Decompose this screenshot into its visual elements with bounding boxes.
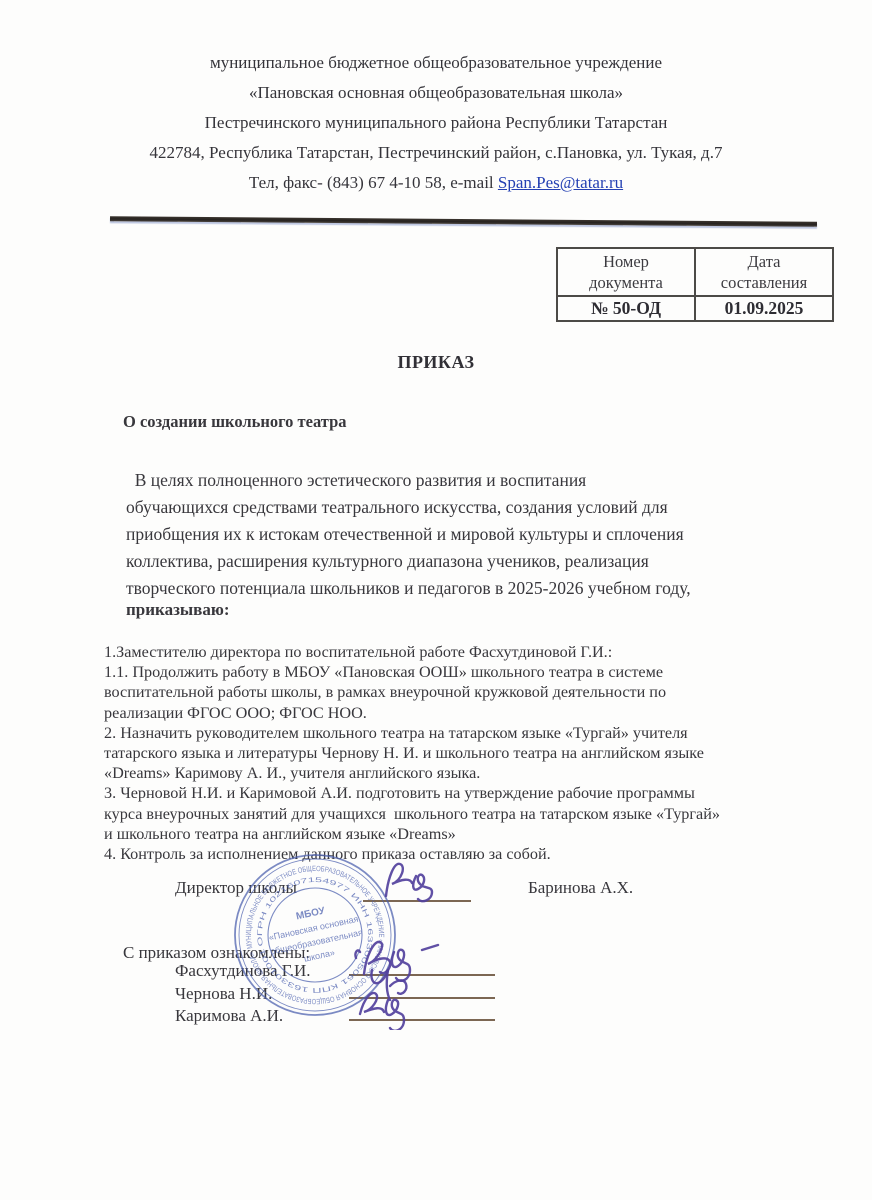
preamble-paragraph: В целях полноценного эстетического разви… [126,467,736,602]
document-page: муниципальное бюджетное общеобразователь… [0,0,872,1200]
org-contact-line: Тел, факс- (843) 67 4-10 58, e-mail Span… [0,168,872,198]
stamp-center-line-1: МБОУ [295,905,327,922]
order-verb: приказываю: [126,600,230,620]
stamp-center-line-4: школа» [303,947,336,963]
order-subject: О создании школьного театра [123,412,347,432]
org-address-line: 422784, Республика Татарстан, Пестречинс… [0,138,872,168]
doc-number-value: № 50-ОД [557,296,695,321]
email-link[interactable]: Span.Pes@tatar.ru [498,173,623,192]
order-title: ПРИКАЗ [0,352,872,373]
letterhead: муниципальное бюджетное общеобразователь… [0,0,872,198]
table-header-row: Номер документа Дата составления [557,248,833,296]
phone-fax-text: Тел, факс- (843) 67 4-10 58, e-mail [249,173,498,192]
table-value-row: № 50-ОД 01.09.2025 [557,296,833,321]
director-signature-ink-icon [378,856,458,906]
org-type-line: муниципальное бюджетное общеобразователь… [0,48,872,78]
director-name: Баринова А.Х. [528,878,633,898]
doc-number-header: Номер документа [557,248,695,296]
org-district-line: Пестречинского муниципального района Рес… [0,108,872,138]
doc-date-value: 01.09.2025 [695,296,833,321]
org-name-line: «Пановская основная общеобразовательная … [0,78,872,108]
document-number-table: Номер документа Дата составления № 50-ОД… [556,247,834,322]
signature-area: МУНИЦИПАЛЬНОЕ БЮДЖЕТНОЕ ОБЩЕОБРАЗОВАТЕЛЬ… [0,862,872,1162]
signature-3-ink-icon [352,984,432,1030]
doc-date-header: Дата составления [695,248,833,296]
header-divider [110,216,817,227]
order-items-text: 1.Заместителю директора по воспитательно… [104,642,839,864]
